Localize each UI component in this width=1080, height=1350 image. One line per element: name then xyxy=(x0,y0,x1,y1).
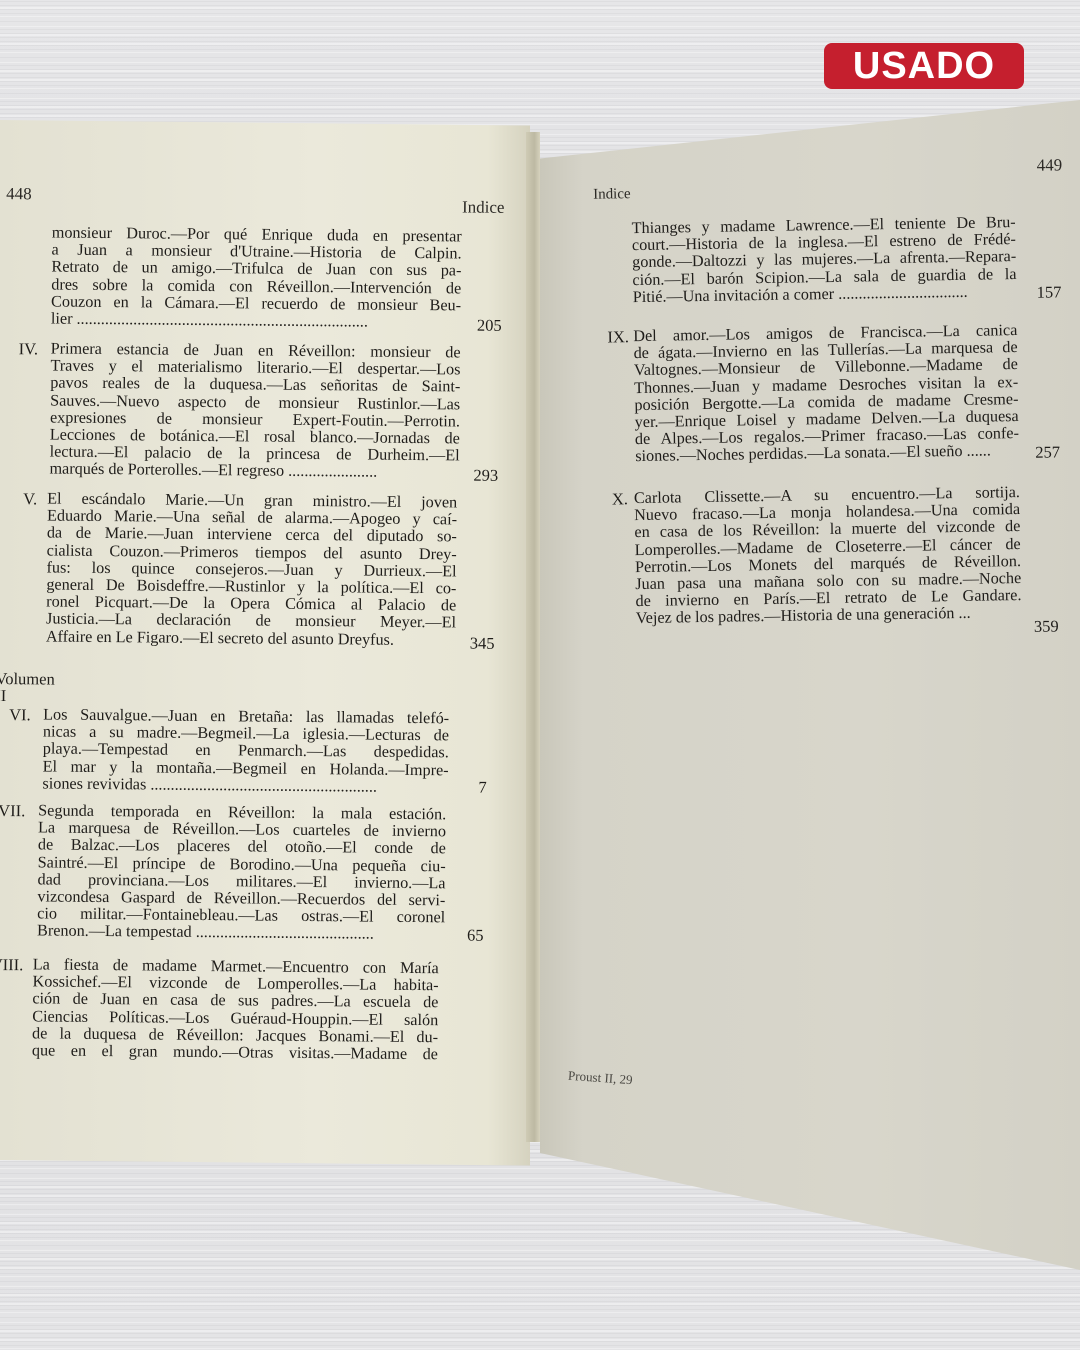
toc-entry-continued: Thianges y madame Lawrence.—El teniente … xyxy=(604,213,1074,220)
toc-page-ref: 157 xyxy=(1037,283,1062,301)
chapter-numeral: IX. xyxy=(607,328,629,346)
toc-page-ref: 257 xyxy=(1035,443,1060,461)
right-running-head: Indice xyxy=(593,186,631,204)
right-page-number: 449 xyxy=(1037,155,1063,175)
toc-entry-ix: IX. Del amor.—Los amigos de Francisca.—L… xyxy=(607,321,1077,328)
toc-page-ref: 359 xyxy=(1034,617,1059,635)
right-page-content: 449 Indice Thianges y madame Lawrence.—E… xyxy=(0,0,1080,1100)
toc-entry-x: X. Carlota Clissette.—A su encuentro.—La… xyxy=(612,483,1080,490)
chapter-numeral: X. xyxy=(612,490,628,507)
toc-line: Vejez de los padres.—Historia de una gen… xyxy=(636,604,1022,627)
